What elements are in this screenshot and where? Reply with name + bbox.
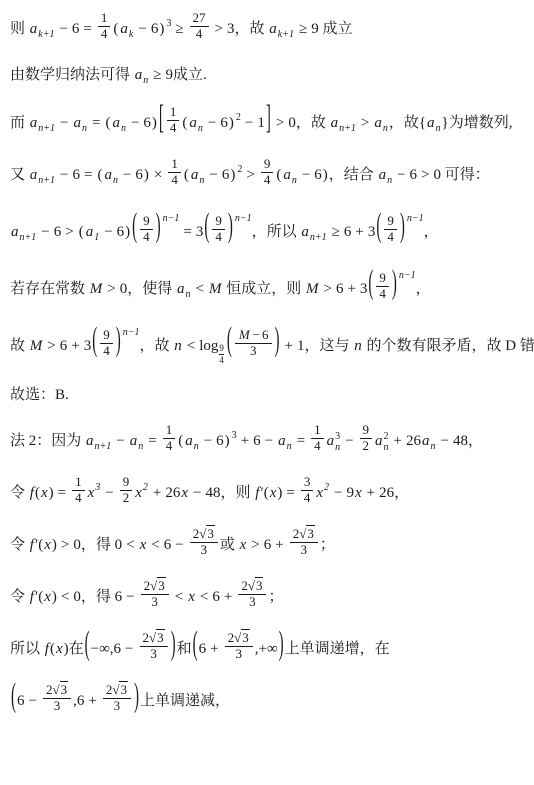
math-fraction: 94 [261,157,274,188]
math-operator: − [251,327,262,342]
math-operator: > [357,115,373,131]
math-text: 0 [288,115,296,131]
math-variable-sub-sup: a3n [326,433,342,449]
math-variable-subscripted: an+1 [29,115,56,131]
fraction-denominator: 4 [384,229,397,245]
fraction-denominator: 3 [103,698,131,714]
fraction-denominator: 2 [360,438,373,454]
math-variable-subscripted: an [190,167,206,183]
math-operator: − [25,693,41,709]
radicand: 3 [157,577,166,593]
math-text: 4 [103,343,110,358]
geometric-bound-line: an+1−6>(a1−6)(94)n−1=3(94)n−1，所以 an+1≥6+… [10,212,530,248]
close-delimiter: ) [391,264,398,308]
math-operator: + [351,224,367,240]
math-fraction: 94 [376,271,389,302]
math-sub-sup-stack: 2n [383,431,389,453]
math-operator: = [179,224,195,240]
math-variable-powered: x3 [87,485,102,501]
math-fraction: 274 [190,11,209,42]
fraction-numerator: 1 [98,11,111,26]
math-text: 9 [166,67,174,83]
math-text: 3 [201,542,208,557]
math-variable: x [180,485,189,501]
fraction-numerator: 27 [190,11,209,26]
group-inner: 94 [138,224,155,240]
fprime-negative-line: 令 f′(x)<0，得 6−2√33<x<6+2√33； [10,582,530,613]
math-variable-subscripted: an [282,167,298,183]
math-variable-subscripted: ak+1 [268,21,295,37]
math-text: 26 [379,485,394,501]
radicand: 3 [241,629,250,645]
math-variable-subscripted: an+1 [10,224,37,240]
math-text: 6 [115,589,123,605]
math-variable: x [43,589,52,605]
math-text: 所以 [10,641,44,657]
group-exponent: 2 [235,112,241,123]
math-text: 由数学归纳法可得 [10,67,134,83]
math-group: (an−6)2 [181,115,240,131]
close-delimiter: ) [322,167,329,183]
math-fraction: 94 [100,328,113,359]
math-text: 9 [387,213,394,228]
math-variable-subscripted: an [184,433,200,449]
close-delimiter: ) [224,433,231,449]
math-text: 1 [257,115,265,131]
math-text: 6 [410,167,418,183]
math-subscript: n+1 [37,123,55,134]
math-text: 6 [212,589,220,605]
math-fraction: 92 [360,423,373,454]
math-text: 9 [103,327,110,342]
math-sqrt: √3 [112,681,128,697]
math-subscript: n [185,289,191,300]
math-variable-subscripted: an [111,115,127,131]
math-variable-subscripted: an [277,433,293,449]
math-text: 2 [363,438,370,453]
radical-sign: √ [52,682,59,697]
fraction-numerator: 9 [376,271,389,286]
math-text: 的个数有限矛盾，故 D 错误. [363,338,534,354]
fraction-numerator: 1 [167,105,180,120]
math-text: ，故 [389,115,419,131]
math-text: 4 [196,26,203,41]
math-text: 可得： [441,167,490,183]
math-text: 4 [387,229,394,244]
group-inner: a1−6 [85,224,124,240]
math-superscript: 2 [142,482,148,493]
math-text: 26 [165,485,180,501]
math-operator: + [281,338,297,354]
close-delimiter: ] [265,98,272,142]
math-text: 4 [170,120,177,135]
fraction-denominator: 3 [235,343,272,359]
math-operator: < [196,589,212,605]
group-exponent: n−1 [234,213,252,224]
fraction-denominator: 3 [141,594,169,610]
fraction-numerator: 1 [311,423,324,438]
math-text: ， [416,281,431,297]
math-variable-subscripted: an [421,433,437,449]
math-operator: + [237,433,253,449]
fraction-numerator: 9 [384,214,397,229]
fraction-numerator: M−6 [235,328,272,343]
fraction-denominator: 4 [168,172,181,188]
math-text: 则 [10,21,29,37]
math-text: 26 [406,433,421,449]
math-subscript: n+1 [338,123,356,134]
math-log: log94 [199,338,226,354]
math-group: (94)n−1 [131,224,179,240]
fraction-denominator: 3 [43,698,71,714]
math-text: 27 [193,10,206,25]
fraction-denominator: 4 [212,229,225,245]
math-text: 6 [17,693,25,709]
math-operator: − [330,485,346,501]
constant-m-assumption-line: 若存在常数 M>0，使得 an<M 恒成立，则 M>6+3(94)n−1， [10,269,530,305]
math-text: 1 [170,104,177,119]
math-variable-subscripted: an+1 [300,224,327,240]
math-operator: + [271,537,287,553]
fraction-numerator: 9 [212,214,225,229]
math-group: (94)n−1 [203,224,251,240]
math-text: } [442,115,449,131]
math-text: 9 [311,21,319,37]
math-fraction: 14 [163,423,176,454]
math-group: (an−6) [275,167,328,183]
math-operator: − [37,224,53,240]
fraction-denominator: 4 [163,438,176,454]
math-fraction: 94 [140,214,153,245]
math-text: 9 [363,422,370,437]
math-operator: + [390,433,406,449]
math-operator: > [103,281,119,297]
math-subscript: n [197,123,203,134]
math-text: 恒成立，则 [222,281,305,297]
radicand: 3 [60,681,69,697]
group-inner: 94 [98,338,115,354]
math-operator: < [147,537,163,553]
math-variable-subscripted: ak+1 [29,21,56,37]
math-subscript: n [120,123,126,134]
math-text: 4 [75,490,82,505]
math-text: 在 [69,641,84,657]
math-text: 4 [215,229,222,244]
group-exponent: 3 [231,430,237,441]
math-operator: + [84,693,100,709]
math-operator: > [61,224,77,240]
math-operator: > [319,281,335,297]
math-variable: M [305,281,320,297]
math-fraction: 2√33 [225,631,253,662]
math-text: 0 [73,589,81,605]
group-inner: 94 [382,224,399,240]
group-inner: −∞,6−2√33 [91,641,170,657]
fraction-numerator: 9 [100,328,113,343]
math-subscript: k [128,29,133,40]
math-text: 1 [75,474,82,489]
math-text: ，结合 [329,167,378,183]
math-variable: n [173,338,183,354]
math-subscript: n [137,441,143,452]
math-fraction: 2√33 [43,683,71,714]
math-operator: = [282,485,298,501]
group-inner: 6+2√33,+∞ [199,641,278,657]
math-subscript: n [81,123,87,134]
math-text: ，故 [139,338,173,354]
fraction-numerator: 3 [301,475,314,490]
math-solution-document: 则 ak+1−6=14(ak−6)3≥274>3，故 ak+1≥9 成立由数学归… [0,0,534,785]
math-sub-sup-stack: 3n [334,431,340,453]
math-operator: ≥ [171,21,187,37]
math-group: (94)n−1 [91,338,139,354]
math-operator: > [417,167,433,183]
math-subscript: n [386,175,392,186]
fraction-numerator: 2√3 [238,579,266,594]
math-text: 6 [135,167,143,183]
open-delimiter: ( [226,321,233,365]
fraction-numerator: 1 [163,423,176,438]
math-subscript: n+1 [94,441,112,452]
math-variable: n [353,338,363,354]
fraction-denominator: 3 [225,646,253,662]
math-operator: − [127,115,143,131]
fraction-denominator: 3 [190,542,218,558]
math-text: ，使得 [127,281,176,297]
open-delimiter: ( [375,207,382,251]
math-subscript: 1 [93,232,99,243]
math-text: ′( [35,537,43,553]
math-fraction: 14 [167,105,180,136]
fraction-numerator: 2√3 [103,683,131,698]
math-text: ，故 [235,21,269,37]
open-delimiter: [ [158,98,165,142]
math-variable-subscripted: an+1 [85,433,112,449]
math-operator: − [437,433,453,449]
math-operator: − [55,21,71,37]
math-operator: > [247,537,263,553]
open-delimiter: ( [84,624,91,668]
math-sqrt: √3 [299,525,315,541]
math-text: 3 [250,343,257,358]
math-text: ， [468,433,483,449]
increasing-intervals-line: 所以 f(x)在(−∞,6−2√33)和(6+2√33,+∞)上单调递增，在 [10,634,530,665]
math-sqrt: √3 [248,577,264,593]
close-delimiter: ) [399,207,406,251]
math-variable: M [208,281,223,297]
fraction-numerator: 9 [360,423,373,438]
math-fraction: M−63 [235,328,272,359]
math-variable-subscripted: an [188,115,204,131]
math-text: 3 [150,646,157,661]
math-text: 3 [235,646,242,661]
math-group: (an−6) [104,115,157,131]
math-subscript: n [286,441,292,452]
math-sqrt: √3 [149,629,165,645]
math-text: 或 [220,537,239,553]
math-operator: > [272,115,288,131]
math-fraction: 2√33 [290,527,318,558]
math-subscript: k+1 [277,29,294,40]
close-delimiter: ) [133,676,140,720]
math-text: 9 [264,156,271,171]
close-delimiter: ) [143,167,150,183]
fraction-numerator: 9 [140,214,153,229]
math-text: 法 2：因为 [10,433,85,449]
math-operator: − [56,115,72,131]
math-operator: = [88,115,104,131]
group-inner: ak−6 [119,21,158,37]
math-operator: − [298,167,314,183]
math-text: 3 [301,542,308,557]
math-operator: + [67,338,83,354]
math-operator: − [171,537,187,553]
math-variable: M [89,281,104,297]
math-group: (94)n−1 [375,224,423,240]
math-text: 又 [10,167,29,183]
close-delimiter: ) [274,321,281,365]
math-text: 1 [101,10,108,25]
math-text: 6 [72,167,80,183]
math-operator: > [211,21,227,37]
close-delimiter: ) [228,115,235,131]
math-operator: − [393,167,409,183]
math-fraction: 2√33 [190,527,218,558]
radicand: 3 [255,577,264,593]
math-fraction: 92 [120,475,133,506]
math-variable: M [238,327,251,342]
math-operator: = [293,433,309,449]
math-variable: x [139,537,148,553]
math-operator: + [206,641,222,657]
math-text: 令 [10,485,29,501]
math-text: 4 [166,438,173,453]
math-fraction: 2√33 [140,631,168,662]
math-text: 6 [314,167,322,183]
induction-conclusion-line: 由数学归纳法可得 an≥9成立. [10,66,530,87]
math-text: 而 [10,115,29,131]
math-operator: + [220,589,236,605]
math-operator: − [100,224,116,240]
fraction-numerator: 2√3 [141,579,169,594]
math-text: 故选：B. [10,387,69,403]
math-text: 1 [171,156,178,171]
math-text: 0 [73,537,81,553]
math-text: 令 [10,537,29,553]
math-text: +∞ [259,641,278,657]
math-group: (ak−6)3 [112,21,171,37]
math-text: ； [320,537,335,553]
fraction-numerator: 9 [120,475,133,490]
math-text: ， [424,224,439,240]
group-inner: 94 [374,281,391,297]
math-text: ) [49,485,54,501]
group-exponent: n−1 [406,213,424,224]
math-text: 故 [10,338,29,354]
math-text: ，故 [296,115,330,131]
math-variable: x [43,537,52,553]
fraction-denominator: 4 [301,490,314,506]
math-operator: − [56,167,72,183]
math-text: 1 [297,338,305,354]
math-operator: = [79,21,95,37]
math-operator: − [189,485,205,501]
group-inner: M−63 [233,338,274,354]
math-subscript: n+1 [309,232,327,243]
math-operator: − [341,433,357,449]
math-text: 6 [143,115,151,131]
fraction-denominator: 3 [140,646,168,662]
math-text: 成立. [173,67,207,83]
math-operator: − [205,167,221,183]
math-sqrt: √3 [234,629,250,645]
math-operator: = [80,167,96,183]
math-text: ′( [35,589,43,605]
math-group: (94)n−1 [367,281,415,297]
group-inner: an−6 [111,115,150,131]
math-subscript: n [435,123,441,134]
math-text: 4 [314,438,321,453]
math-text: 48 [206,485,221,501]
math-text: 6 [262,327,269,342]
fraction-numerator: 2√3 [140,631,168,646]
math-subscript: n [384,442,389,453]
math-text: 4 [379,286,386,301]
method2-intro-line: 法 2：因为 an+1−an=14(an−6)3+6−an=14a3n−92a2… [10,426,530,457]
math-operator: − [134,21,150,37]
math-group: (an−6)3 [177,433,236,449]
math-operator: < [192,281,208,297]
math-text: ， [394,485,409,501]
fraction-denominator: 4 [72,490,85,506]
solution-lines-container: 则 ak+1−6=14(ak−6)3≥274>3，故 ak+1≥9 成立由数学归… [10,14,530,717]
math-operator: − [204,115,220,131]
math-operator: − [101,485,117,501]
function-derivative-line: 令 f(x)=14x3−92x2+26x−48，则 f′(x)=34x2−9x+… [10,478,530,509]
math-group: (6+2√33,+∞) [192,641,285,657]
math-fraction: 14 [72,475,85,506]
group-inner: 94 [210,224,227,240]
fraction-denominator: 4 [140,229,153,245]
math-operator: = [54,485,70,501]
math-operator: > [43,338,59,354]
math-fraction: 2√33 [103,683,131,714]
math-variable-subscripted: a1 [85,224,101,240]
math-variable-subscripted: an [378,167,394,183]
math-text: 1 [166,422,173,437]
math-text: 4 [143,229,150,244]
math-variable-sub-sup: a2n [374,433,390,449]
fraction-numerator: 1 [72,475,85,490]
fraction-numerator: 2√3 [225,631,253,646]
open-delimiter: ( [183,167,190,183]
math-text: ，则 [221,485,255,501]
open-delimiter: ( [367,264,374,308]
math-subscript: n+1 [19,232,37,243]
open-delimiter: ( [10,676,17,720]
math-text: ； [268,589,283,605]
math-variable-subscripted: an [72,115,88,131]
group-inner: 6−2√33,6+2√33 [17,693,133,709]
math-operator: − [261,433,277,449]
math-text: 为增数列, [449,115,513,131]
math-variable-subscripted: an+1 [330,115,357,131]
induction-step-line: 则 ak+1−6=14(ak−6)3≥274>3，故 ak+1≥9 成立 [10,14,530,45]
math-operator: > [242,167,258,183]
fraction-numerator: 9 [261,157,274,172]
close-delimiter: ) [227,207,234,251]
math-text: 3 [249,594,256,609]
